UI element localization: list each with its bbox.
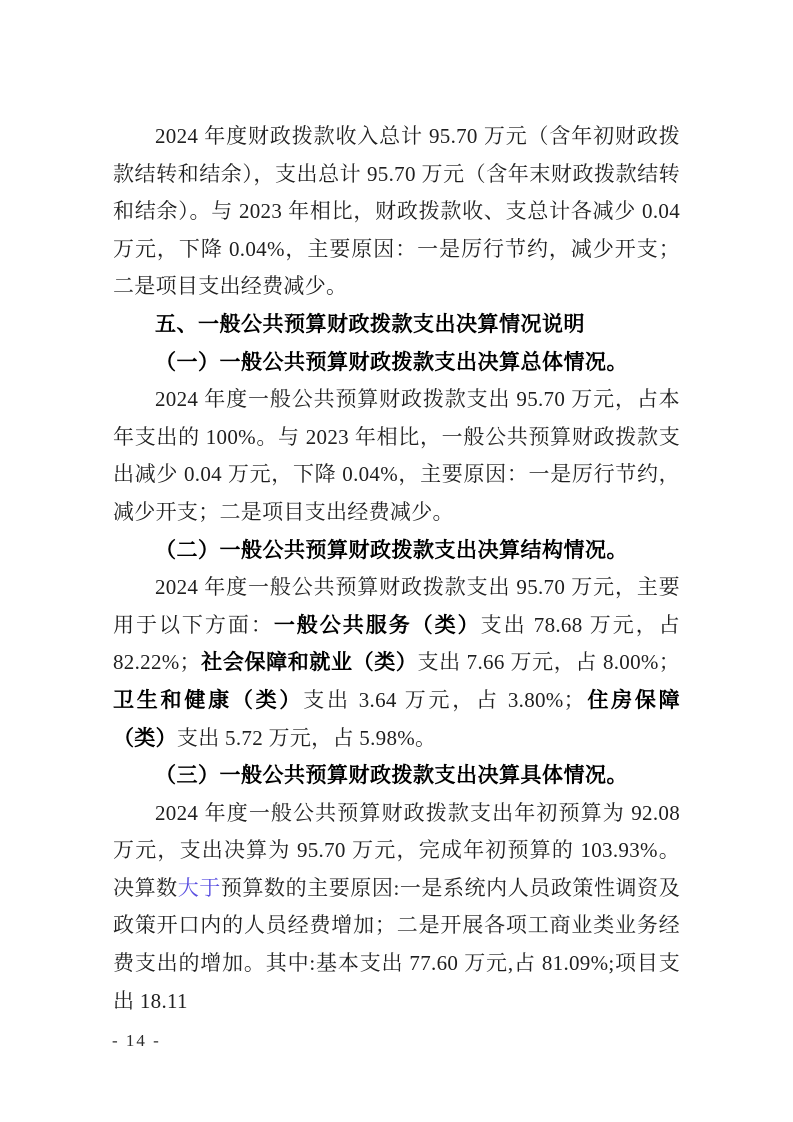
section-heading: （三）一般公共预算财政拨款支出决算具体情况。 <box>113 757 680 795</box>
text-run: 支出 7.66 万元，占 8.00%； <box>418 650 680 674</box>
paragraph: 2024 年度一般公共预算财政拨款支出 95.70 万元，主要用于以下方面：一般… <box>113 569 680 757</box>
text-run: 2024 年度财政拨款收入总计 95.70 万元（含年初财政拨款结转和结余），支… <box>113 124 680 298</box>
text-run: 五、一般公共预算财政拨款支出决算情况说明 <box>155 313 585 336</box>
paragraph: 2024 年度财政拨款收入总计 95.70 万元（含年初财政拨款结转和结余），支… <box>113 118 680 306</box>
document-page: { "colors": { "text": "#1f1f1f", "headin… <box>0 0 793 1122</box>
section-heading: （二）一般公共预算财政拨款支出决算结构情况。 <box>113 532 680 570</box>
text-run: 社会保障和就业（类） <box>201 651 418 674</box>
text-run: （一）一般公共预算财政拨款支出决算总体情况。 <box>155 351 628 374</box>
page-number: - 14 - <box>112 1030 161 1052</box>
text-run: 支出 5.72 万元，占 5.98%。 <box>177 726 436 750</box>
text-run: （二）一般公共预算财政拨款支出决算结构情况。 <box>155 539 628 562</box>
highlight-text: 大于 <box>178 876 221 900</box>
text-run: 支出 3.64 万元，占 3.80%； <box>303 688 585 712</box>
doc-body: 2024 年度财政拨款收入总计 95.70 万元（含年初财政拨款结转和结余），支… <box>113 118 680 1020</box>
text-run: 卫生和健康（类） <box>113 689 303 712</box>
paragraph: 2024 年度一般公共预算财政拨款支出 95.70 万元，占本年支出的 100%… <box>113 381 680 531</box>
text-run: （三）一般公共预算财政拨款支出决算具体情况。 <box>155 764 628 787</box>
text-run: 2024 年度一般公共预算财政拨款支出 95.70 万元，占本年支出的 100%… <box>113 387 680 524</box>
paragraph: 2024 年度一般公共预算财政拨款支出年初预算为 92.08 万元，支出决算为 … <box>113 795 680 1021</box>
section-heading: 五、一般公共预算财政拨款支出决算情况说明 <box>113 306 680 344</box>
text-run: 一般公共服务（类） <box>274 614 481 637</box>
section-heading: （一）一般公共预算财政拨款支出决算总体情况。 <box>113 344 680 382</box>
